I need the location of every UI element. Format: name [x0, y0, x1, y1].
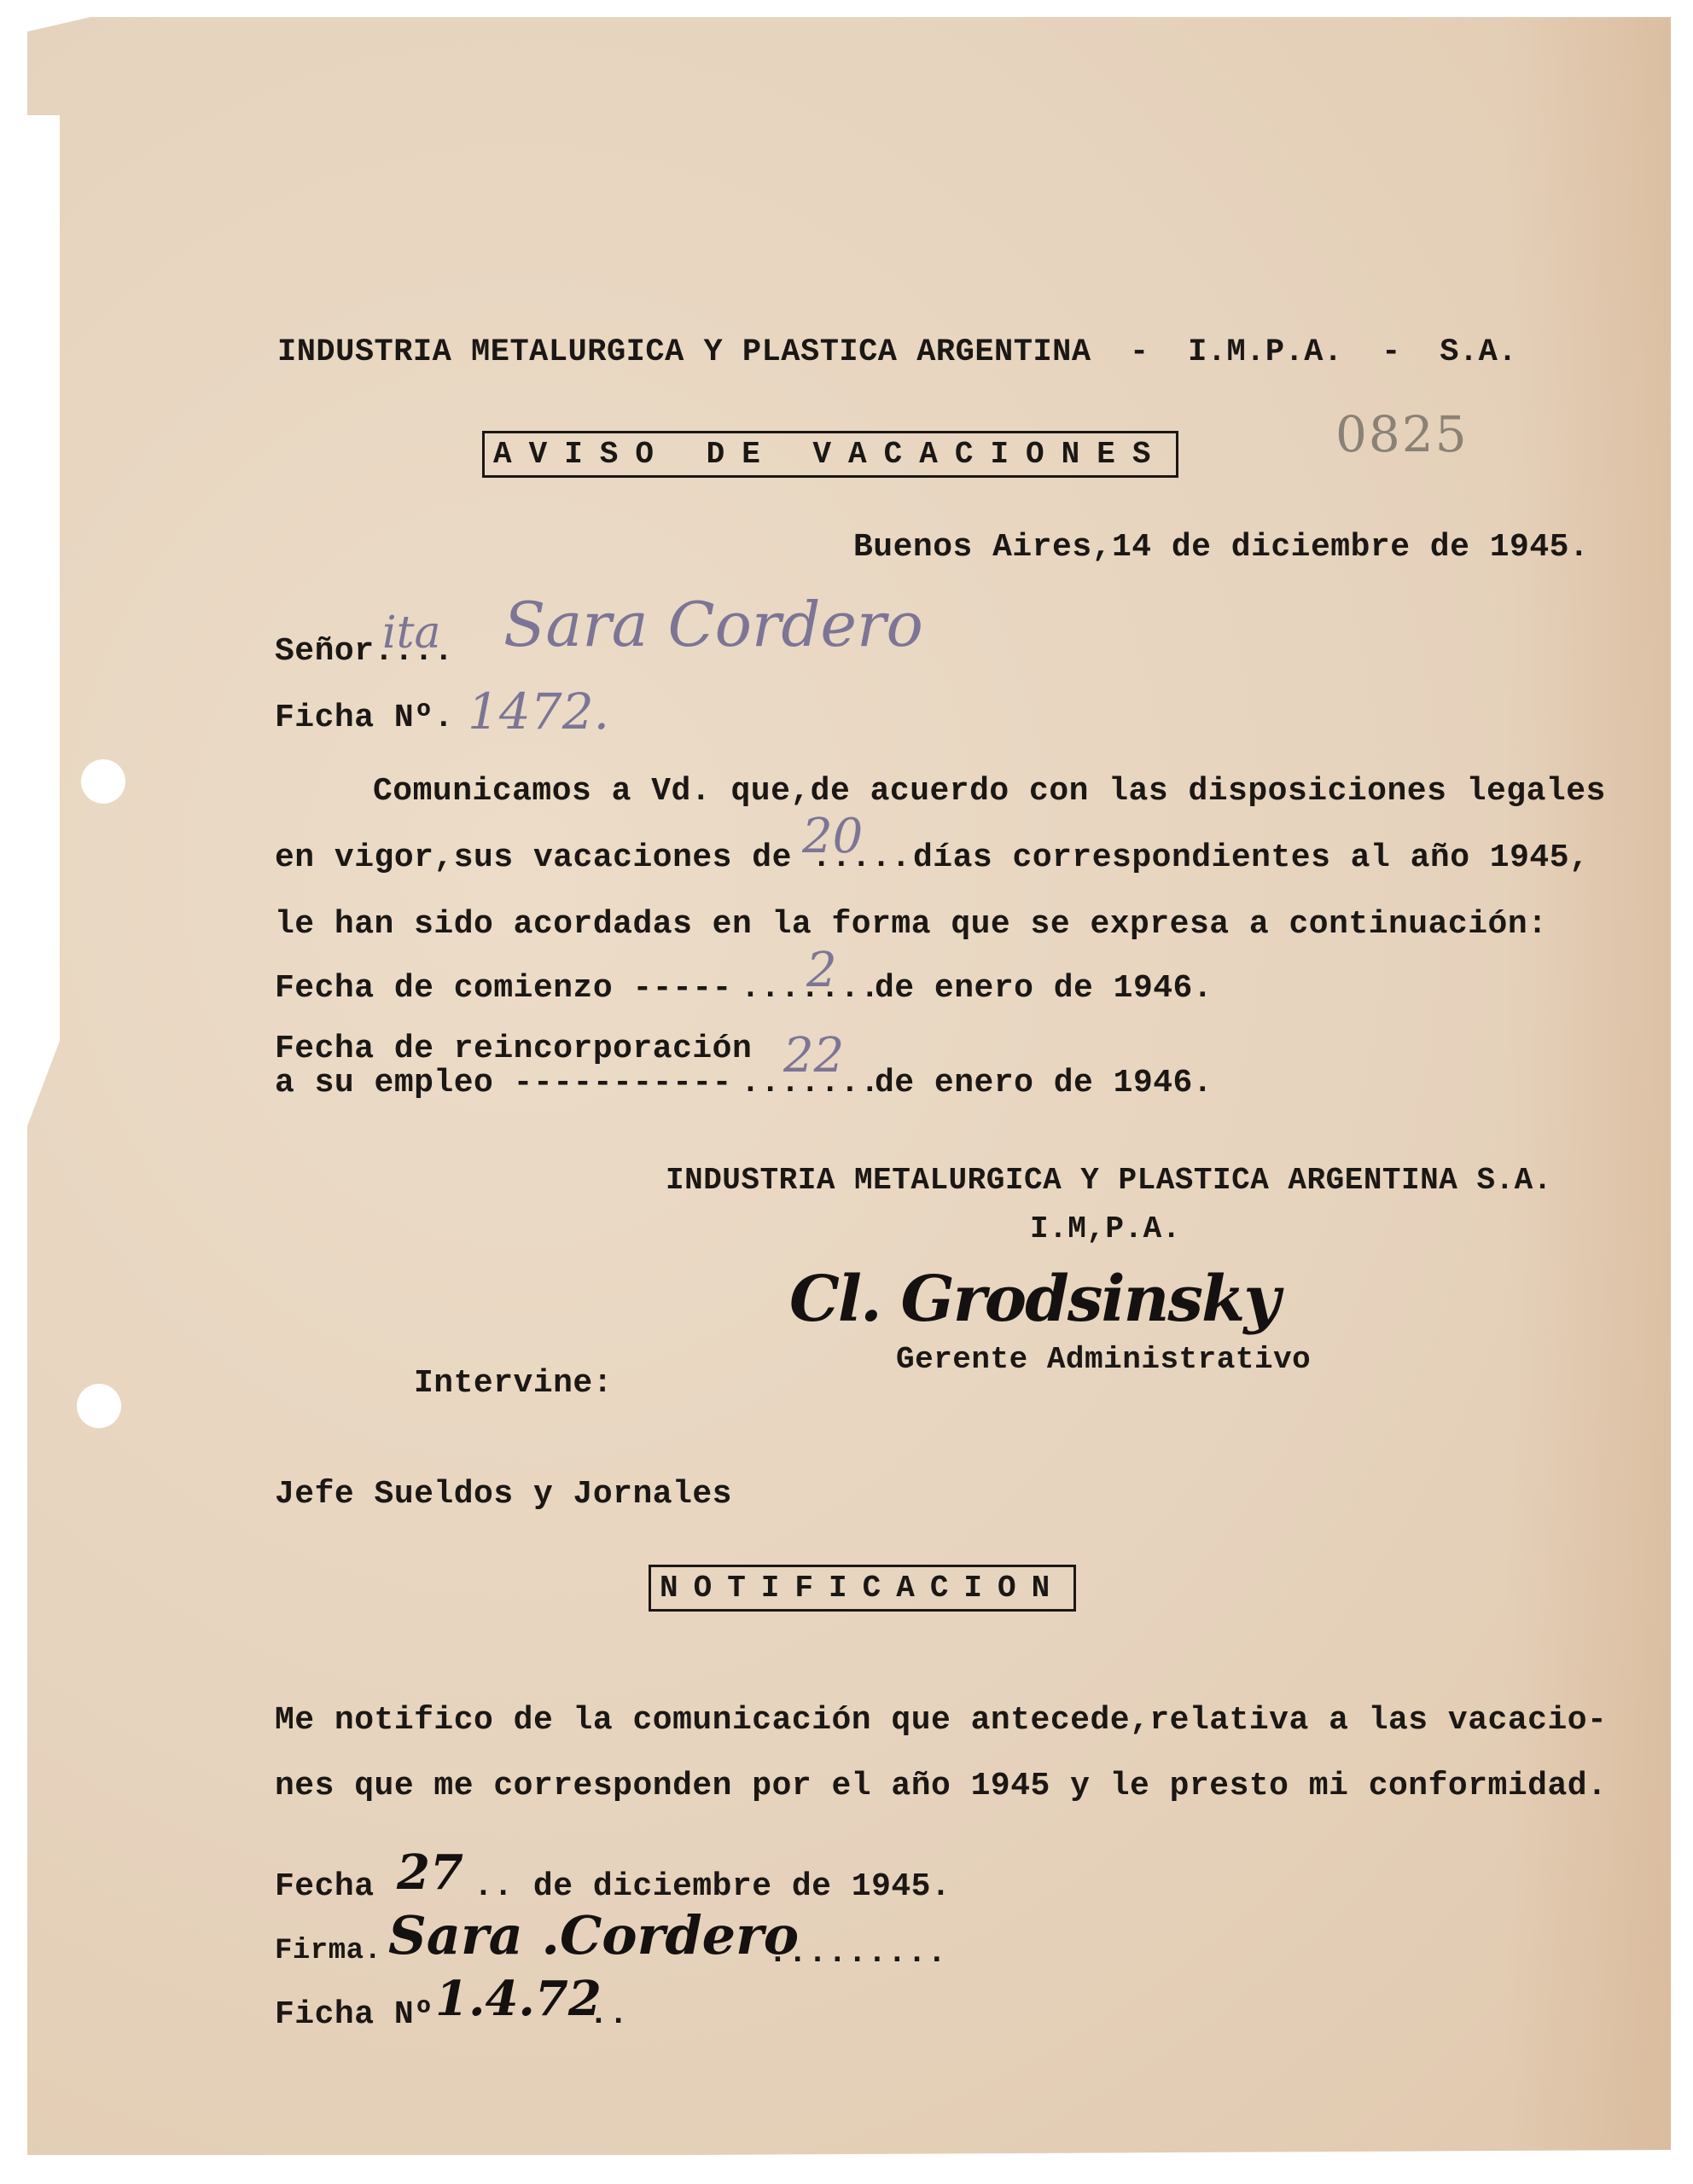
notification-ficha-dots: .. — [589, 1996, 629, 2033]
start-date-post: de enero de 1946. — [875, 970, 1213, 1007]
body-line-2-post: días correspondientes al año 1945, — [913, 839, 1589, 876]
punch-hole-top — [81, 759, 125, 804]
vacation-days-handwritten: 20 — [802, 809, 863, 864]
start-day-handwritten: 2 — [806, 943, 837, 998]
employee-signature: Sara .Cordero — [388, 1904, 799, 1966]
notification-ficha-handwritten: 1.4.72 — [435, 1971, 602, 2027]
ficha-label: Ficha Nº. — [275, 700, 454, 736]
return-date-post: de enero de 1946. — [875, 1065, 1213, 1101]
company-header: INDUSTRIA METALURGICA Y PLASTICA ARGENTI… — [277, 334, 1517, 370]
ficha-handwritten: 1472. — [468, 682, 609, 741]
punch-hole-bottom — [77, 1384, 121, 1428]
signature-company-abbrev: I.M,P.A. — [1030, 1211, 1181, 1246]
signature-company: INDUSTRIA METALURGICA Y PLASTICA ARGENTI… — [666, 1163, 1552, 1198]
notification-day-handwritten: 27 — [397, 1844, 463, 1901]
intervine-label: Intervine: — [414, 1365, 613, 1402]
body-line-1: Comunicamos a Vd. que,de acuerdo con las… — [373, 773, 1606, 810]
return-date-label-2: a su empleo ----------- — [275, 1065, 732, 1101]
recipient-handwritten-name: Sara Cordero — [503, 589, 923, 660]
intervine-role: Jefe Sueldos y Jornales — [275, 1476, 732, 1513]
firma-dots: ......... — [768, 1935, 947, 1972]
notification-ficha-label: Ficha Nº — [275, 1996, 433, 2033]
return-day-handwritten: 22 — [783, 1028, 844, 1083]
notification-line-1: Me notifico de la comunicación que antec… — [275, 1702, 1607, 1739]
notification-date-post: .. de diciembre de 1945. — [474, 1868, 951, 1905]
notification-title-box: NOTIFICACION — [649, 1565, 1076, 1612]
recipient-handwritten-prefix: ita — [382, 607, 441, 659]
start-date-label: Fecha de comienzo ----- — [275, 970, 732, 1007]
return-date-label-1: Fecha de reincorporación — [275, 1031, 752, 1067]
document-title-box: AVISO DE VACACIONES — [482, 431, 1178, 478]
stamp-number: 0825 — [1335, 405, 1469, 463]
notification-date-label: Fecha — [275, 1868, 375, 1905]
manager-signature: Cl. Grodsinsky — [789, 1263, 1278, 1336]
place-date: Buenos Aires,14 de diciembre de 1945. — [853, 529, 1589, 566]
firma-label: Firma. — [275, 1935, 381, 1967]
notification-line-2: nes que me corresponden por el año 1945 … — [275, 1768, 1607, 1804]
body-line-3: le han sido acordadas en la forma que se… — [275, 906, 1547, 943]
signature-role: Gerente Administrativo — [896, 1342, 1311, 1377]
